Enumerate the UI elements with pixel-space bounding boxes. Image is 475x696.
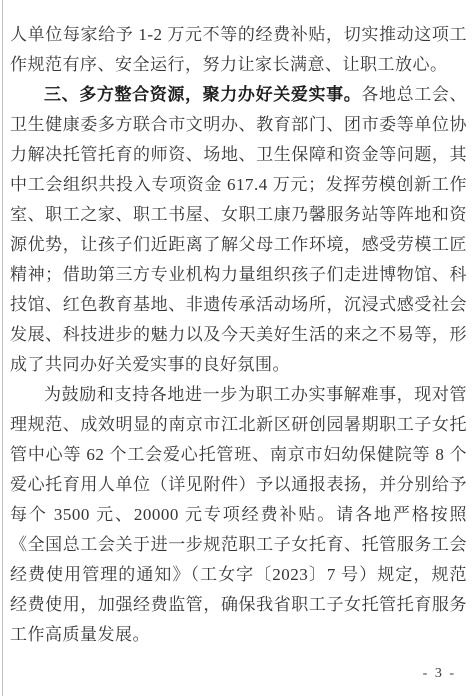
body-text-run: 人单位每家给予 1-2 万元不等的经费补贴，切实推动这项工作规范有序、安全运行，… (10, 25, 467, 74)
body-text-run: 为鼓励和支持各地进一步为职工办实事解难事，现对管理规范、成效明显的南京市江北新区… (10, 385, 467, 644)
page-number: - 3 - (423, 666, 456, 682)
document-page: 人单位每家给予 1-2 万元不等的经费补贴，切实推动这项工作规范有序、安全运行，… (0, 0, 475, 696)
body-text-run: 各地总工会、卫生健康委多方联合市文明办、教育部门、团市委等单位协力解决托管托育的… (10, 85, 467, 374)
section-heading-run: 三、多方整合资源，聚力办好关爱实事。 (44, 85, 361, 104)
page-left-edge-line (2, 0, 3, 696)
paragraph: 三、多方整合资源，聚力办好关爱实事。各地总工会、卫生健康委多方联合市文明办、教育… (10, 80, 467, 380)
paragraph: 人单位每家给予 1-2 万元不等的经费补贴，切实推动这项工作规范有序、安全运行，… (10, 20, 467, 80)
document-body: 人单位每家给予 1-2 万元不等的经费补贴，切实推动这项工作规范有序、安全运行，… (10, 20, 467, 650)
paragraph: 为鼓励和支持各地进一步为职工办实事解难事，现对管理规范、成效明显的南京市江北新区… (10, 380, 467, 650)
